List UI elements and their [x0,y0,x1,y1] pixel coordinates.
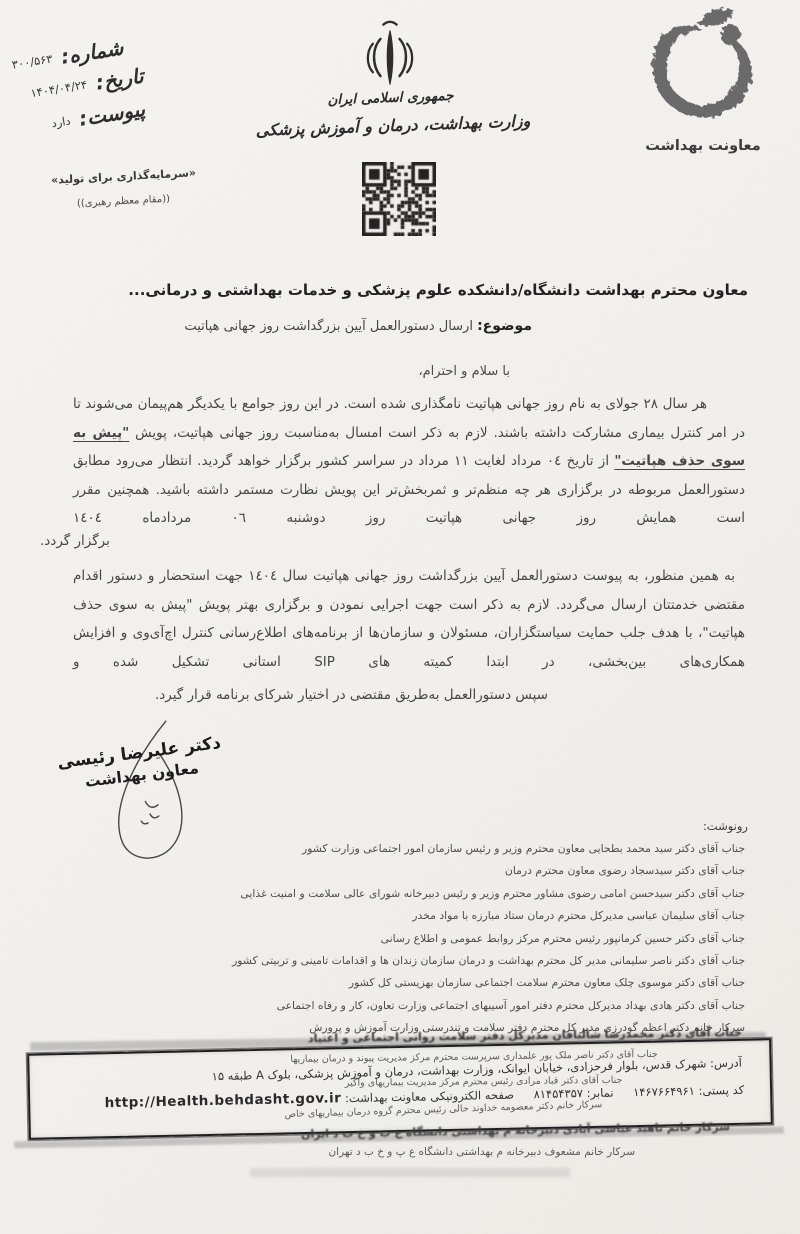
attachment-label: پیوست: [77,97,146,131]
cc-item: جناب آقای سلیمان عباسی مدیرکل محترم درما… [45,905,745,927]
subject-line: موضوع: ارسال دستورالعمل آیین بزرگداشت رو… [184,318,532,334]
date-value: ۱۴۰۴/۰۴/۲۴ [29,77,88,100]
fax-label: نمابر: [587,1086,614,1101]
cc-item: جناب آقای دکتر حسین کرمانپور رئیس محترم … [45,928,745,950]
cc-list: جناب آقای دکتر سید محمد بطحایی معاون محت… [45,838,745,1040]
attachment-value: دارد [50,113,71,130]
ministry-title: وزارت بهداشت، درمان و آموزش پزشکی [248,111,538,140]
faint-ghost-line [250,1168,570,1177]
postal-value: ۱۴۶۷۶۶۴۹۶۱ [633,1084,695,1099]
cc-item: جناب آقای دکتر سیدسجاد رضوی معاون محترم … [45,860,745,882]
number-value: ۳۰۰/۵۶۳ [11,52,54,72]
cc-label: رونوشت: [703,819,748,833]
cc-item: جناب آقای دکتر هادی بهداد مدیرکل محترم د… [45,995,745,1017]
paragraph-2: به همین منظور، به پیوست دستورالعمل آیین … [73,562,745,676]
country-title: جمهوری اسلامی ایران [288,86,493,109]
paragraph-1: هر سال ۲۸ جولای به نام روز جهانی هپاتیت … [73,390,745,533]
qr-code [362,162,436,236]
recipient-line: معاون محترم بهداشت دانشگاه/دانشکده علوم … [128,281,748,299]
subject-label: موضوع: [477,318,532,334]
year-slogan: «سرمایه‌گذاری برای تولید» [26,165,221,188]
paragraph-1-start: هر سال ۲۸ جولای به نام روز جهانی هپاتیت … [73,396,745,441]
paragraph-1-lastline: برگزار گردد. [40,533,110,549]
salutation: با سلام و احترام، [418,364,510,379]
health-deputy-logo-icon [636,4,770,142]
date-label: تاریخ: [94,64,145,95]
cc-item: جناب آقای دکتر موسوی چلک معاون محترم سلا… [45,972,745,994]
scanned-official-letter: شماره: ۳۰۰/۵۶۳ تاریخ: ۱۴۰۴/۰۴/۲۴ پیوست: … [0,0,800,1234]
number-label: شماره: [59,35,125,68]
cc-item: جناب آقای دکتر سید محمد بطحایی معاون محت… [45,838,745,860]
subject-text: ارسال دستورالعمل آیین بزرگداشت روز جهانی… [184,319,477,334]
cc-item: جناب آقای دکتر ناصر سلیمانی مدیر کل محتر… [45,950,745,972]
slogan-attribution: ((مقام معظم رهبری)) [36,191,211,211]
letter-meta-block: شماره: ۳۰۰/۵۶۳ تاریخ: ۱۴۰۴/۰۴/۲۴ پیوست: … [10,16,257,147]
postal-label: کد پستی: [698,1083,744,1098]
cc-item: جناب آقای دکتر سیدحسن امامی رضوی مشاور م… [45,883,745,905]
cc-item: سرکار خانم مشعوف دبیرخانه م بهداشتی دانش… [328,1146,635,1158]
paragraph-2-lastline: سپس دستورالعمل به‌طریق مقتضی در اختیار ش… [155,687,548,703]
logo-caption: معاونت بهداشت [636,138,770,154]
